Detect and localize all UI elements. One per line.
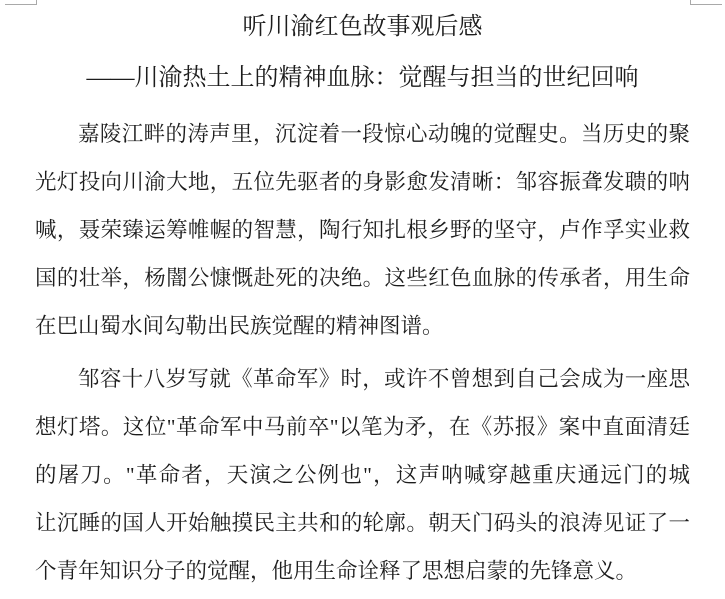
document-title: 听川渝红色故事观后感: [35, 8, 690, 46]
document-page[interactable]: 听川渝红色故事观后感 ——川渝热土上的精神血脉：觉醒与担当的世纪回响 嘉陵江畔的…: [0, 0, 725, 599]
document-subtitle: ——川渝热土上的精神血脉：觉醒与担当的世纪回响: [35, 59, 690, 97]
text-boundary-mark-top-right: [690, 4, 722, 5]
text-line[interactable]: 邹容十八岁写就《革命军》时，或许不曾想到自己会成为一座思: [35, 355, 690, 403]
text-line[interactable]: 想灯塔。这位"革命军中马前卒"以笔为矛，在《苏报》案中直面清廷: [35, 403, 690, 451]
text-boundary-mark-top-left: [36, 0, 37, 5]
paragraph: 嘉陵江畔的涛声里，沉淀着一段惊心动魄的觉醒史。当历史的聚光灯投向川渝大地，五位先…: [35, 110, 690, 350]
paragraph: 邹容十八岁写就《革命军》时，或许不曾想到自己会成为一座思想灯塔。这位"革命军中马…: [35, 355, 690, 595]
text-line[interactable]: 嘉陵江畔的涛声里，沉淀着一段惊心动魄的觉醒史。当历史的聚: [35, 110, 690, 158]
text-line[interactable]: 让沉睡的国人开始触摸民主共和的轮廓。朝天门码头的浪涛见证了一: [35, 499, 690, 547]
text-body[interactable]: 嘉陵江畔的涛声里，沉淀着一段惊心动魄的觉醒史。当历史的聚光灯投向川渝大地，五位先…: [35, 110, 690, 595]
text-line[interactable]: 个青年知识分子的觉醒，他用生命诠释了思想启蒙的先锋意义。: [35, 547, 690, 595]
text-line[interactable]: 光灯投向川渝大地，五位先驱者的身影愈发清晰：邹容振聋发聩的呐: [35, 158, 690, 206]
text-line[interactable]: 喊，聂荣臻运筹帷幄的智慧，陶行知扎根乡野的坚守，卢作孚实业救: [35, 206, 690, 254]
text-line[interactable]: 的屠刀。"革命者，天演之公例也"，这声呐喊穿越重庆通远门的城墙，: [35, 451, 690, 499]
text-boundary-mark-top-left: [5, 4, 37, 5]
text-line[interactable]: 在巴山蜀水间勾勒出民族觉醒的精神图谱。: [35, 302, 690, 350]
text-boundary-mark-top-right: [690, 0, 691, 5]
text-line[interactable]: 国的壮举，杨闇公慷慨赴死的决绝。这些红色血脉的传承者，用生命: [35, 254, 690, 302]
